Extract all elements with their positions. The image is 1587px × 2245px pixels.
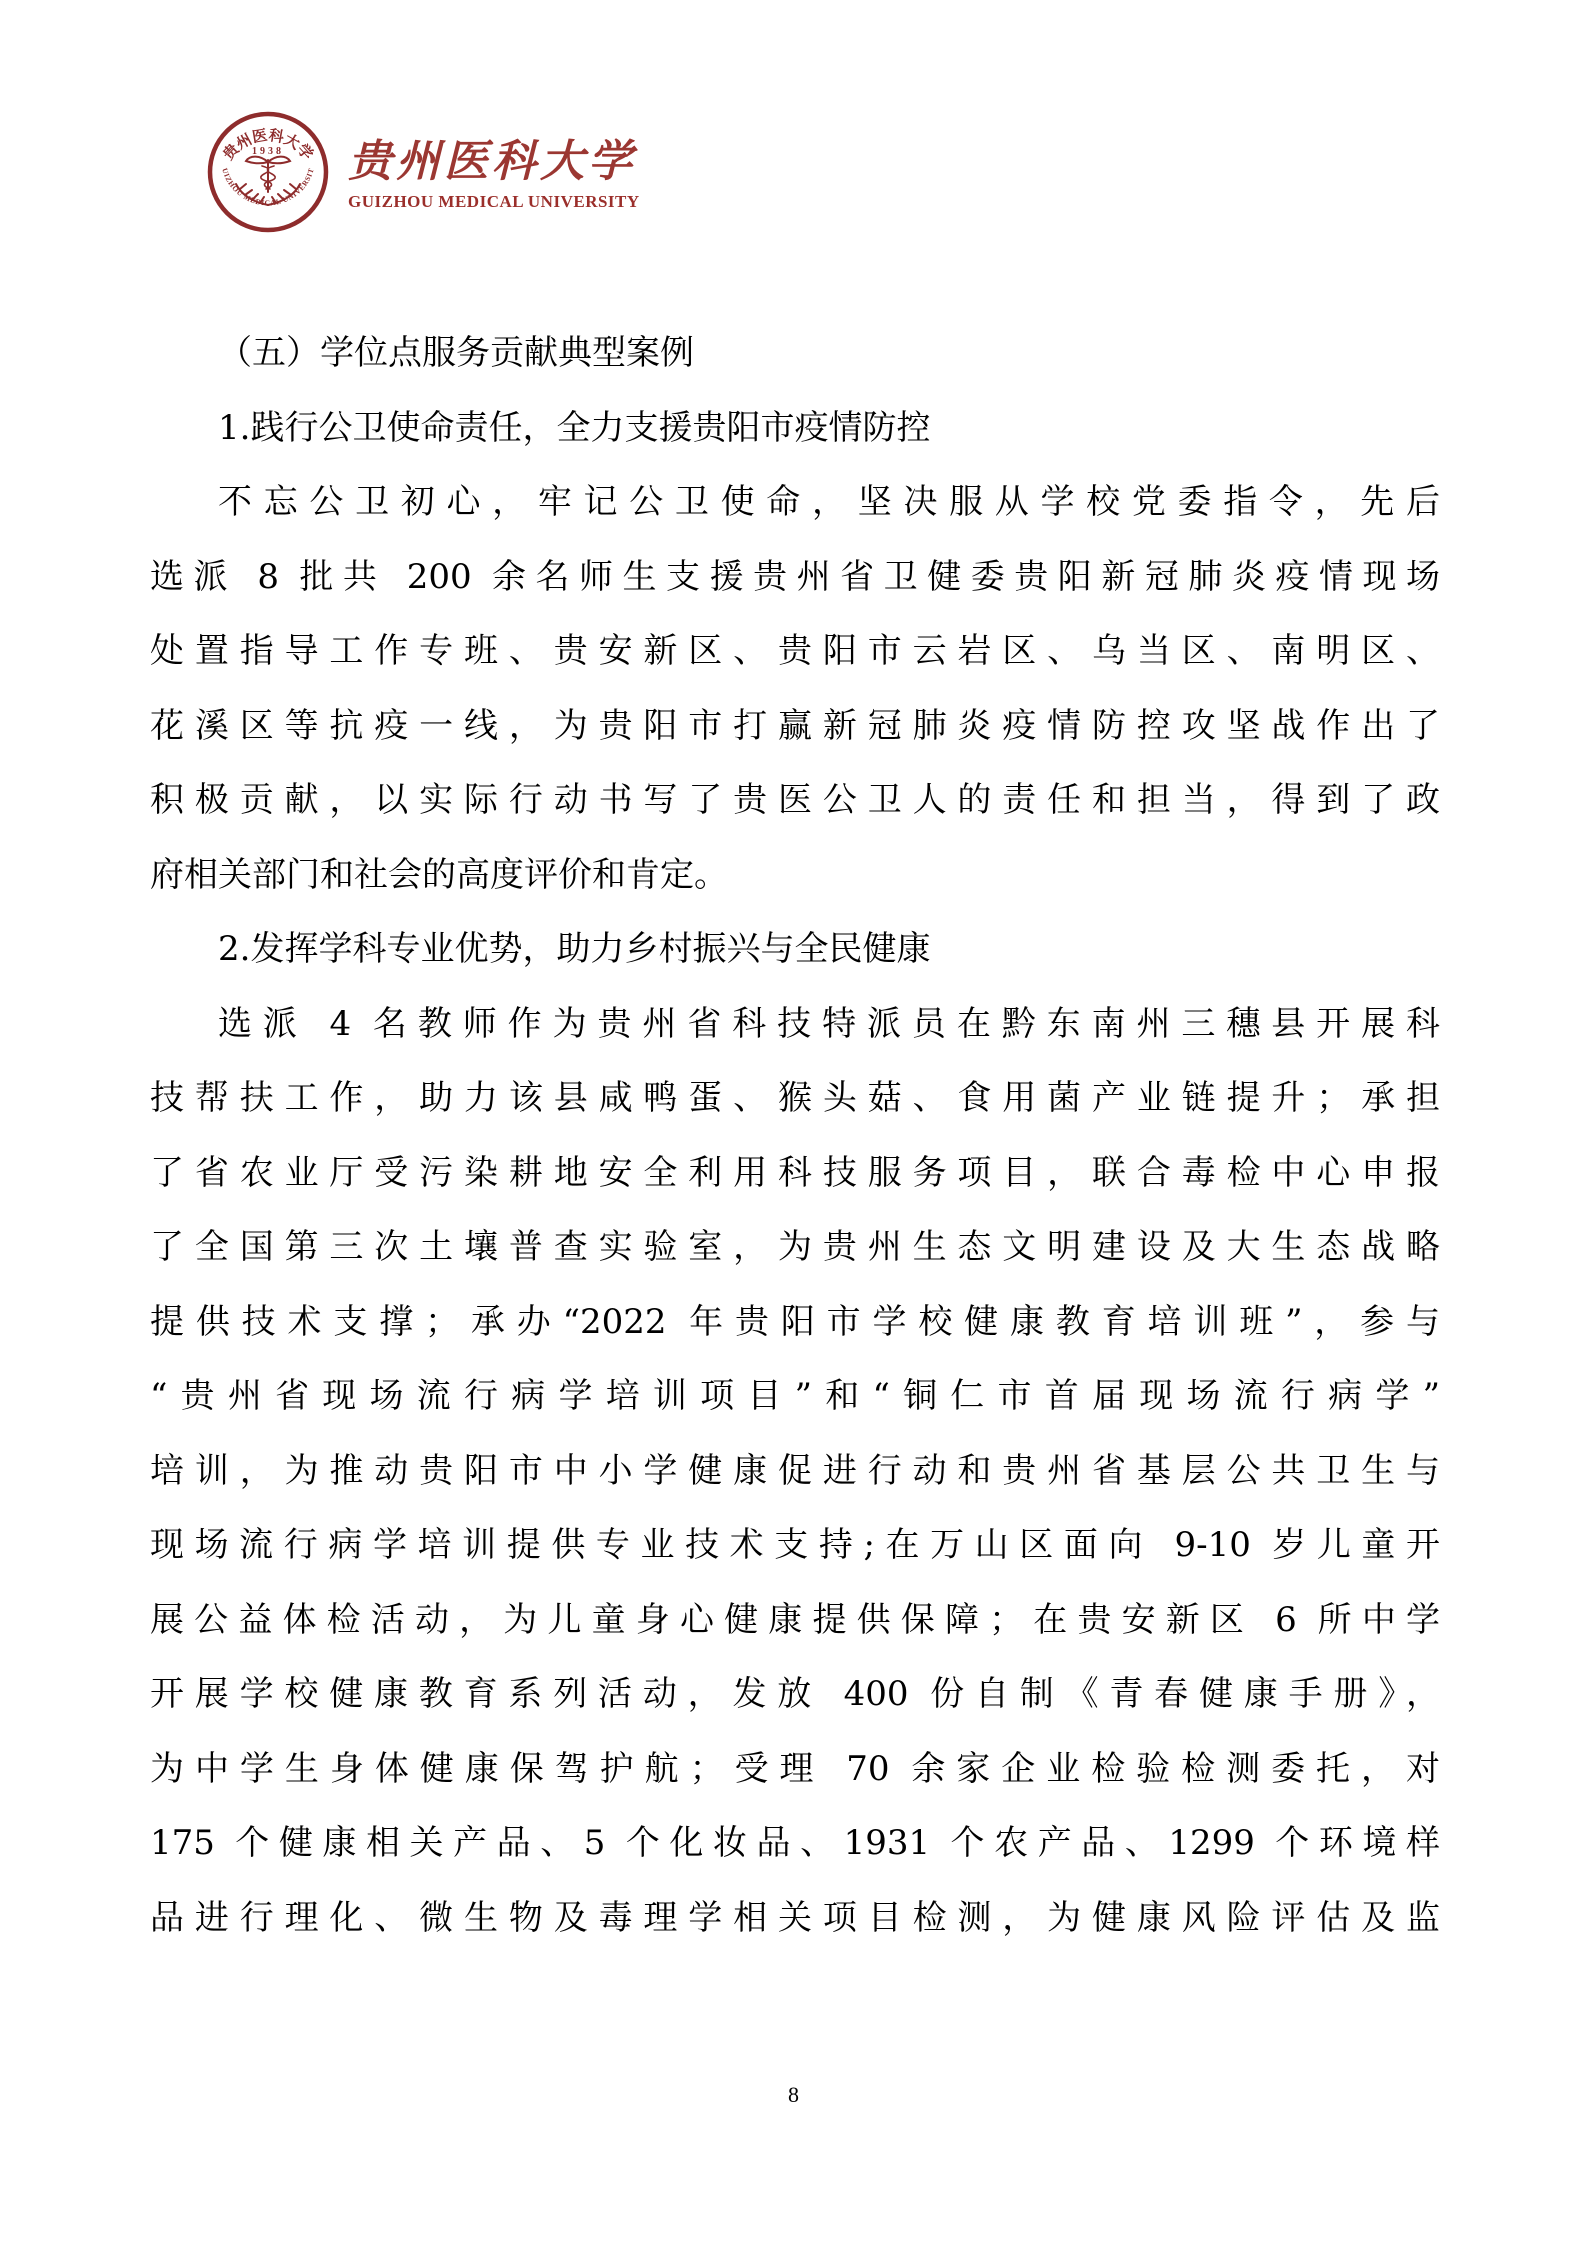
- text-line: 选派 4 名教师作为贵州省科技特派员在黔东南州三穗县开展科: [150, 987, 1440, 1062]
- text-line: 了全国第三次土壤普查实验室，为贵州生态文明建设及大生态战略: [150, 1210, 1440, 1285]
- page-number: 8: [0, 2082, 1587, 2108]
- text-line: 培训，为推动贵阳市中小学健康促进行动和贵州省基层公共卫生与: [150, 1434, 1440, 1509]
- text-line: 现场流行病学培训提供专业技术支持;在万山区面向 9-10 岁儿童开: [150, 1508, 1440, 1583]
- text-line: 开展学校健康教育系列活动，发放 400 份自制《青春健康手册》，: [150, 1657, 1440, 1732]
- text-line: 花溪区等抗疫一线，为贵阳市打赢新冠肺炎疫情防控攻坚战作出了: [150, 689, 1440, 764]
- seal-top-text: 贵州医科大学: [219, 126, 317, 164]
- university-name-en: GUIZHOU MEDICAL UNIVERSITY: [348, 192, 640, 212]
- text-line: 技帮扶工作，助力该县咸鸭蛋、猴头菇、食用菌产业链提升；承担: [150, 1061, 1440, 1136]
- text-line: 1.践行公卫使命责任，全力支援贵阳市疫情防控: [150, 391, 1440, 466]
- svg-text:贵州医科大学: 贵州医科大学: [219, 126, 317, 164]
- text-line: （五）学位点服务贡献典型案例: [150, 316, 1440, 391]
- text-line: 品进行理化、微生物及毒理学相关项目检测，为健康风险评估及监: [150, 1881, 1440, 1956]
- caduceus-icon: [246, 157, 290, 192]
- text-line: 了省农业厅受污染耕地安全利用科技服务项目，联合毒检中心申报: [150, 1136, 1440, 1211]
- university-name-zh: 贵州医科大学: [348, 140, 640, 184]
- university-seal-icon: 贵州医科大学 GUIZHOU MEDICAL UNIVERSITY 1938: [206, 110, 330, 234]
- document-page: 贵州医科大学 GUIZHOU MEDICAL UNIVERSITY 1938: [0, 0, 1587, 2245]
- text-line: 175 个健康相关产品、5 个化妆品、1931 个农产品、1299 个环境样: [150, 1806, 1440, 1881]
- text-line: 2.发挥学科专业优势，助力乡村振兴与全民健康: [150, 912, 1440, 987]
- text-line: “贵州省现场流行病学培训项目”和“铜仁市首届现场流行病学”: [150, 1359, 1440, 1434]
- text-line: 积极贡献，以实际行动书写了贵医公卫人的责任和担当，得到了政: [150, 763, 1440, 838]
- document-body: （五）学位点服务贡献典型案例1.践行公卫使命责任，全力支援贵阳市疫情防控不忘公卫…: [150, 316, 1440, 1955]
- text-line: 选派 8 批共 200 余名师生支援贵州省卫健委贵阳新冠肺炎疫情现场: [150, 540, 1440, 615]
- text-line: 府相关部门和社会的高度评价和肯定。: [150, 838, 1440, 913]
- text-line: 处置指导工作专班、贵安新区、贵阳市云岩区、乌当区、南明区、: [150, 614, 1440, 689]
- text-line: 不忘公卫初心，牢记公卫使命，坚决服从学校党委指令，先后: [150, 465, 1440, 540]
- university-logo: 贵州医科大学 GUIZHOU MEDICAL UNIVERSITY 1938: [206, 110, 640, 234]
- text-line: 展公益体检活动，为儿童身心健康提供保障；在贵安新区 6 所中学: [150, 1583, 1440, 1658]
- text-line: 为中学生身体健康保驾护航；受理 70 余家企业检验检测委托，对: [150, 1732, 1440, 1807]
- seal-year: 1938: [252, 146, 284, 157]
- text-line: 提供技术支撑；承办“2022 年贵阳市学校健康教育培训班”，参与: [150, 1285, 1440, 1360]
- university-name-block: 贵州医科大学 GUIZHOU MEDICAL UNIVERSITY: [348, 110, 640, 212]
